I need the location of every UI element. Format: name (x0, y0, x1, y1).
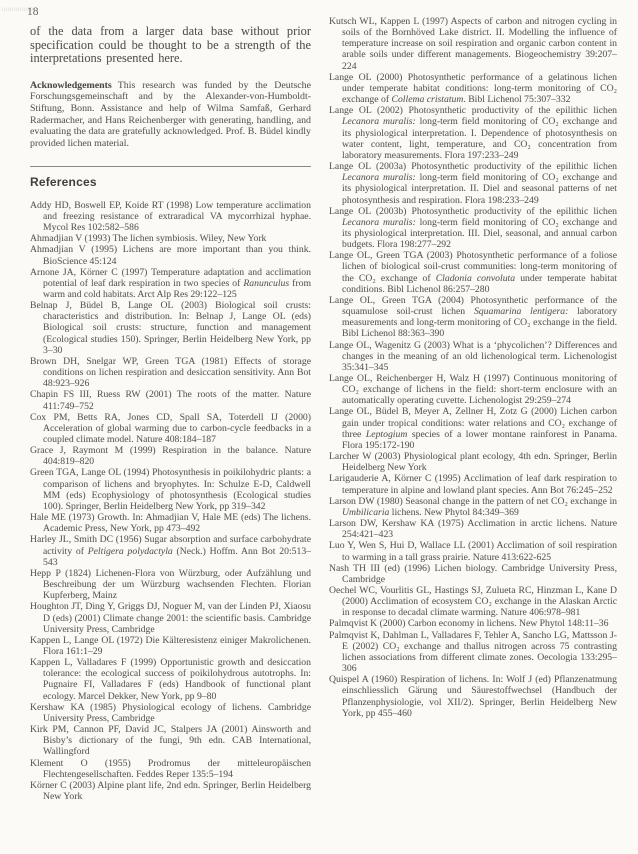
reference-item: Lange OL (2000) Photosynthetic performan… (329, 72, 617, 105)
reference-item: Lange OL, Green TGA (2003) Photosyntheti… (329, 250, 617, 295)
reference-item: Grace J, Raymont M (1999) Respiration in… (30, 445, 311, 467)
reference-item: Oechel WC, Vourlitis GL, Hastings SJ, Zu… (329, 585, 617, 618)
reference-item: Larigauderie A, Körner C (1995) Acclimat… (329, 473, 617, 495)
reference-item: Körner C (2003) Alpine plant life, 2nd e… (30, 780, 311, 802)
species-name: Lecanora muralis: (342, 172, 416, 183)
left-column: of the data from a larger data base with… (30, 25, 311, 802)
reference-item: Addy HD, Boswell EP, Koide RT (1998) Low… (30, 200, 311, 233)
reference-item: Larson DW, Kershaw KA (1975) Acclimation… (329, 518, 617, 540)
reference-item: Quispel A (1960) Respiration of lichens.… (329, 674, 617, 719)
reference-item: Kirk PM, Cannon PF, David JC, Stalpers J… (30, 724, 311, 757)
reference-item: Chapin FS III, Ruess RW (2001) The roots… (30, 389, 311, 411)
reference-item: Palmqvist K (2000) Carbon economy in lic… (329, 618, 617, 629)
species-name: Ranunculus (243, 278, 289, 289)
reference-item: Luo Y, Wen S, Hui D, Wallace LL (2001) A… (329, 540, 617, 562)
reference-item: Houghton JT, Ding Y, Griggs DJ, Noguer M… (30, 601, 311, 634)
reference-item: Klement O (1955) Prodromus der mitteleur… (30, 758, 311, 780)
reference-item: Palmqvist K, Dahlman L, Valladares F, Te… (329, 630, 617, 675)
reference-item: Harley JL, Smith DC (1956) Sugar absorpt… (30, 534, 311, 567)
acknowledgements-label: Acknowledgements (30, 80, 118, 91)
reference-item: Kershaw KA (1985) Physiological ecology … (30, 702, 311, 724)
reference-item: Brown DH, Snelgar WP, Green TGA (1981) E… (30, 356, 311, 389)
species-name: Leptogium (366, 429, 407, 440)
reference-item: Lange OL, Büdel B, Meyer A, Zellner H, Z… (329, 406, 617, 451)
reference-item: Arnone JA, Körner C (1997) Temperature a… (30, 267, 311, 300)
reference-item: Hepp P (1824) Lichenen-Flora von Würzbur… (30, 568, 311, 601)
species-name: Cladonia convoluta (436, 273, 515, 284)
references-list-right: Kutsch WL, Kappen L (1997) Aspects of ca… (329, 16, 617, 719)
reference-item: Nash TH III (ed) (1996) Lichen biology. … (329, 563, 617, 585)
reference-item: Lange OL, Reichenberger H, Walz H (1997)… (329, 373, 617, 406)
reference-item: Lange OL (2003b) Photosynthetic producti… (329, 206, 617, 251)
reference-item: Ahmadjian V (1993) The lichen symbiosis.… (30, 233, 311, 244)
reference-item: Kappen L, Lange OL (1972) Die Kälteresis… (30, 635, 311, 657)
body-paragraph: of the data from a larger data base with… (30, 25, 311, 66)
section-divider (30, 166, 311, 167)
reference-item: Belnap J, Büdel B, Lange OL (2003) Biolo… (30, 300, 311, 356)
species-name: Lecanora muralis: (342, 116, 416, 127)
species-name: Peltigera polydactyla (88, 546, 173, 557)
species-name: Collema cristatum (392, 94, 464, 105)
reference-item: Lange OL, Green TGA (2004) Photosyntheti… (329, 295, 617, 340)
reference-item: Lange OL (2002) Photosynthetic productiv… (329, 105, 617, 161)
reference-item: Larcher W (2003) Physiological plant eco… (329, 451, 617, 473)
acknowledgements-paragraph: AcknowledgementsThis research was funded… (30, 80, 311, 150)
reference-item: Kutsch WL, Kappen L (1997) Aspects of ca… (329, 16, 617, 72)
reference-item: Lange OL (2003a) Photosynthetic producti… (329, 161, 617, 206)
reference-item: Cox PM, Betts RA, Jones CD, Spall SA, To… (30, 412, 311, 445)
reference-item: Larson DW (1980) Seasonal change in the … (329, 496, 617, 518)
species-name: Umbilicaria (342, 507, 389, 518)
reference-item: Lange OL, Wagenitz G (2003) What is a ‘p… (329, 340, 617, 373)
right-column: Kutsch WL, Kappen L (1997) Aspects of ca… (329, 16, 617, 719)
references-list-left: Addy HD, Boswell EP, Koide RT (1998) Low… (30, 200, 311, 802)
references-heading: References (30, 175, 311, 189)
species-name: Lecanora muralis: (342, 217, 416, 228)
reference-item: Kappen L, Valladares F (1999) Opportunis… (30, 657, 311, 702)
page-number: 18 (27, 6, 39, 18)
reference-item: Ahmadjian V (1995) Lichens are more impo… (30, 244, 311, 266)
reference-item: Hale ME (1973) Growth. In: Ahmadjian V, … (30, 512, 311, 534)
reference-item: Green TGA, Lange OL (1994) Photosynthesi… (30, 467, 311, 512)
species-name: Squamarina lentigera: (474, 306, 568, 317)
